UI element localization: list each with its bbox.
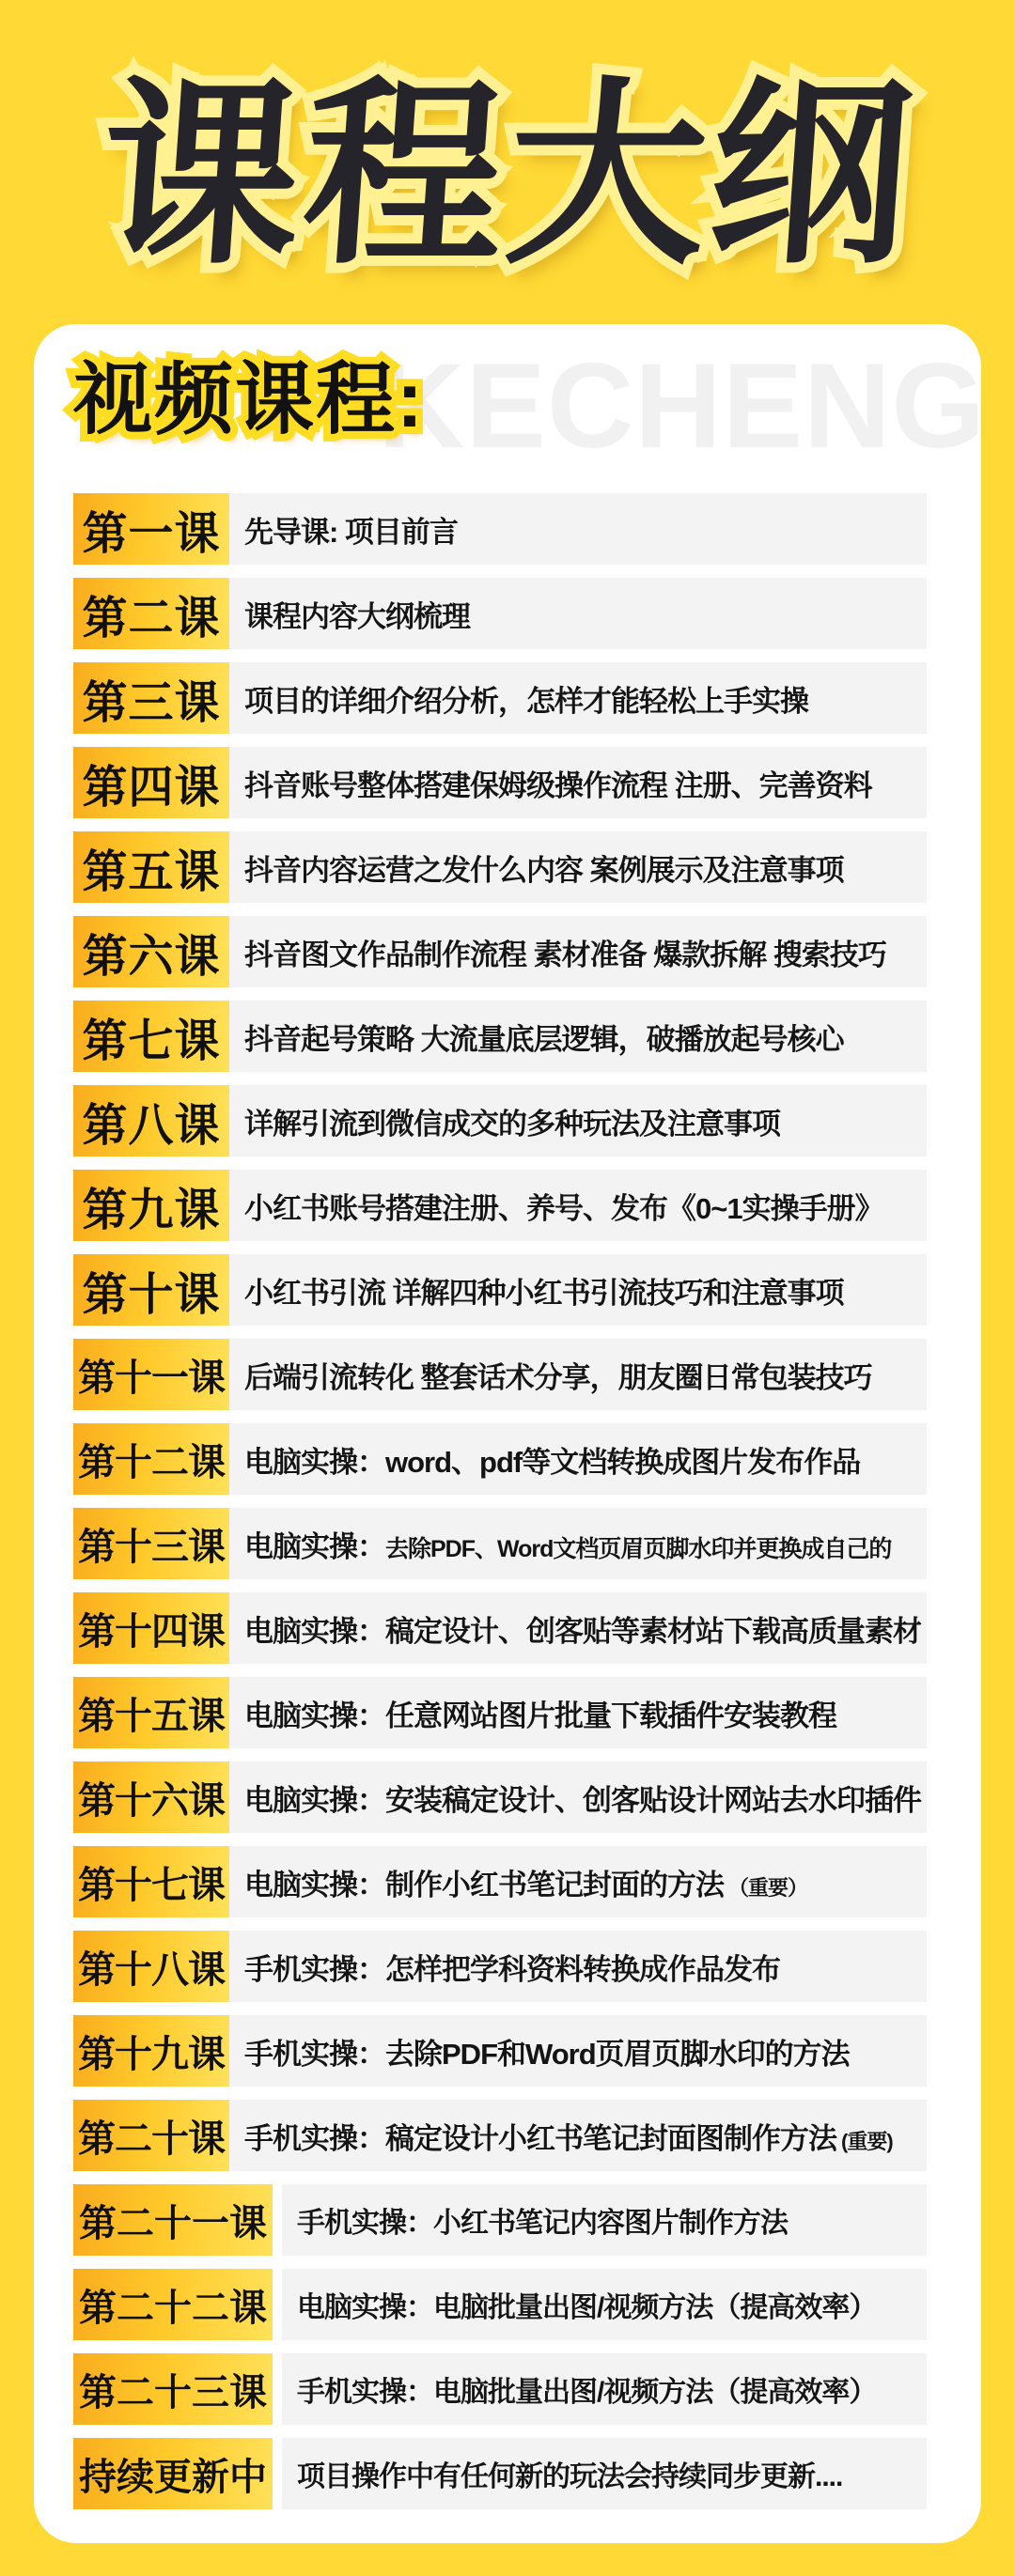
description-line: 抖音账号整体搭建保姆级操作流程 注册、完善资料 — [244, 762, 872, 804]
description-line: 抖音内容运营之发什么内容 案例展示及注意事项 — [244, 846, 844, 889]
description-line: 手机实操：稿定设计小红书笔记封面图制作方法(重要) — [244, 2115, 893, 2157]
description-text: 抖音内容运营之发什么内容 案例展示及注意事项 — [244, 854, 844, 887]
course-description: 课程内容大纲梳理 — [229, 578, 927, 649]
description-line: 先导课: 项目前言 — [244, 508, 458, 551]
course-row: 第十一课后端引流转化 整套话术分享，朋友圈日常包装技巧 — [73, 1339, 927, 1410]
description-line: 项目操作中有任何新的玩法会持续同步更新.... — [297, 2453, 842, 2494]
course-description: 抖音内容运营之发什么内容 案例展示及注意事项 — [229, 831, 927, 903]
course-badge: 第十二课 — [73, 1423, 229, 1495]
description-text: 手机实操：小红书笔记内容图片制作方法 — [297, 2208, 788, 2239]
page-title: 课程大纲 — [0, 71, 1015, 281]
description-text: 电脑实操：电脑批量出图/视频方法（提高效率） — [297, 2292, 876, 2323]
course-row: 第十八课手机实操：怎样把学科资料转换成作品发布 — [73, 1931, 927, 2002]
course-description: 小红书引流 详解四种小红书引流技巧和注意事项 — [229, 1254, 927, 1326]
course-row: 第一课先导课: 项目前言 — [73, 493, 927, 565]
description-text: 电脑实操：任意网站图片批量下载插件安装教程 — [244, 1699, 836, 1732]
description-text: 电脑实操：安装稿定设计、创客贴设计网站去水印插件 — [244, 1784, 921, 1817]
description-line: 小红书引流 详解四种小红书引流技巧和注意事项 — [244, 1269, 844, 1311]
course-description: 项目操作中有任何新的玩法会持续同步更新.... — [282, 2438, 927, 2509]
course-description: 小红书账号搭建注册、养号、发布《0~1实操手册》 — [229, 1170, 927, 1241]
description-text: 后端引流转化 整套话术分享，朋友圈日常包装技巧 — [244, 1361, 872, 1394]
course-description: 电脑实操：任意网站图片批量下载插件安装教程 — [229, 1677, 927, 1748]
section-heading: 视频课程: — [73, 358, 425, 441]
description-text: 项目操作中有任何新的玩法会持续同步更新.... — [297, 2461, 842, 2492]
course-badge: 持续更新中 — [73, 2438, 273, 2509]
description-line: 手机实操：小红书笔记内容图片制作方法 — [297, 2199, 788, 2241]
course-row: 第九课小红书账号搭建注册、养号、发布《0~1实操手册》 — [73, 1170, 927, 1241]
description-text: 抖音账号整体搭建保姆级操作流程 注册、完善资料 — [244, 769, 872, 802]
course-description: 手机实操：稿定设计小红书笔记封面图制作方法(重要) — [229, 2100, 927, 2171]
course-row: 第十七课电脑实操：制作小红书笔记封面的方法（重要） — [73, 1846, 927, 1917]
description-line: 手机实操：去除PDF和Word页眉页脚水印的方法 — [244, 2030, 850, 2072]
course-description: 详解引流到微信成交的多种玩法及注意事项 — [229, 1085, 927, 1156]
course-description: 项目的详细介绍分析，怎样才能轻松上手实操 — [229, 662, 927, 734]
course-badge: 第三课 — [73, 662, 229, 734]
course-description: 抖音起号策略 大流量底层逻辑，破播放起号核心 — [229, 1001, 927, 1072]
description-line: 手机实操：电脑批量出图/视频方法（提高效率） — [297, 2368, 876, 2410]
description-text: (重要) — [836, 2130, 893, 2153]
course-description: 手机实操：小红书笔记内容图片制作方法 — [282, 2184, 927, 2256]
description-line: 电脑实操：制作小红书笔记封面的方法（重要） — [244, 1861, 807, 1903]
description-text: 先导课: 项目前言 — [244, 516, 458, 549]
course-badge: 第二课 — [73, 578, 229, 649]
course-badge: 第五课 — [73, 831, 229, 903]
course-description: 抖音图文作品制作流程 素材准备 爆款拆解 搜索技巧 — [229, 916, 927, 987]
course-badge: 第二十一课 — [73, 2184, 273, 2256]
course-row: 第十六课电脑实操：安装稿定设计、创客贴设计网站去水印插件 — [73, 1761, 927, 1833]
course-badge: 第十九课 — [73, 2015, 229, 2087]
description-line: 手机实操：怎样把学科资料转换成作品发布 — [244, 1946, 780, 1988]
description-text: 抖音起号策略 大流量底层逻辑，破播放起号核心 — [244, 1023, 844, 1056]
course-row: 第十三课电脑实操：去除PDF、Word文档页眉页脚水印并更换成自己的 — [73, 1508, 927, 1579]
course-row: 第三课项目的详细介绍分析，怎样才能轻松上手实操 — [73, 662, 927, 734]
course-outline-poster: 课程大纲 KECHENG 视频课程: 第一课先导课: 项目前言第二课课程内容大纲… — [0, 0, 1015, 209]
description-line: 电脑实操：电脑批量出图/视频方法（提高效率） — [297, 2284, 876, 2325]
course-description: 电脑实操：去除PDF、Word文档页眉页脚水印并更换成自己的 — [229, 1508, 927, 1579]
course-row: 第五课抖音内容运营之发什么内容 案例展示及注意事项 — [73, 831, 927, 903]
course-description: 电脑实操：电脑批量出图/视频方法（提高效率） — [282, 2269, 927, 2340]
description-text: 去除PDF、Word文档页眉页脚水印并更换成自己的 — [385, 1536, 891, 1562]
description-line: 小红书账号搭建注册、养号、发布《0~1实操手册》 — [244, 1185, 883, 1227]
description-text: 项目的详细介绍分析，怎样才能轻松上手实操 — [244, 685, 808, 718]
course-badge: 第二十课 — [73, 2100, 229, 2171]
description-text: 电脑实操： — [244, 1530, 385, 1563]
course-description: 手机实操：怎样把学科资料转换成作品发布 — [229, 1931, 927, 2002]
course-row: 第四课抖音账号整体搭建保姆级操作流程 注册、完善资料 — [73, 747, 927, 818]
course-badge: 第九课 — [73, 1170, 229, 1241]
course-row: 第八课详解引流到微信成交的多种玩法及注意事项 — [73, 1085, 927, 1156]
description-text: 电脑实操：稿定设计、创客贴等素材站下载高质量素材 — [244, 1615, 921, 1648]
description-line: 抖音起号策略 大流量底层逻辑，破播放起号核心 — [244, 1016, 844, 1058]
course-badge: 第一课 — [73, 493, 229, 565]
course-badge: 第八课 — [73, 1085, 229, 1156]
course-row: 第十五课电脑实操：任意网站图片批量下载插件安装教程 — [73, 1677, 927, 1748]
course-row: 第十四课电脑实操：稿定设计、创客贴等素材站下载高质量素材 — [73, 1592, 927, 1664]
course-row: 第二十课手机实操：稿定设计小红书笔记封面图制作方法(重要) — [73, 2100, 927, 2171]
course-row: 持续更新中项目操作中有任何新的玩法会持续同步更新.... — [73, 2438, 927, 2509]
description-text: 详解引流到微信成交的多种玩法及注意事项 — [244, 1108, 780, 1141]
course-description: 手机实操：去除PDF和Word页眉页脚水印的方法 — [229, 2015, 927, 2087]
course-badge: 第十一课 — [73, 1339, 229, 1410]
course-description: 电脑实操：安装稿定设计、创客贴设计网站去水印插件 — [229, 1761, 927, 1833]
description-line: 课程内容大纲梳理 — [244, 593, 470, 635]
course-badge: 第十四课 — [73, 1592, 229, 1664]
course-row: 第二十二课电脑实操：电脑批量出图/视频方法（提高效率） — [73, 2269, 927, 2340]
description-line: 项目的详细介绍分析，怎样才能轻松上手实操 — [244, 677, 808, 720]
description-line: 电脑实操：稿定设计、创客贴等素材站下载高质量素材 — [244, 1607, 921, 1650]
course-badge: 第六课 — [73, 916, 229, 987]
description-line: 抖音图文作品制作流程 素材准备 爆款拆解 搜索技巧 — [244, 931, 886, 973]
course-badge: 第十三课 — [73, 1508, 229, 1579]
description-text: 手机实操：怎样把学科资料转换成作品发布 — [244, 1953, 780, 1986]
course-badge: 第十课 — [73, 1254, 229, 1326]
course-row: 第二十一课手机实操：小红书笔记内容图片制作方法 — [73, 2184, 927, 2256]
content-card: KECHENG 视频课程: 第一课先导课: 项目前言第二课课程内容大纲梳理第三课… — [34, 324, 981, 2543]
watermark-text: KECHENG — [378, 337, 981, 475]
description-line: 电脑实操：任意网站图片批量下载插件安装教程 — [244, 1692, 836, 1734]
description-text: 电脑实操：word、pdf等文档转换成图片发布作品 — [244, 1446, 860, 1479]
course-badge: 第四课 — [73, 747, 229, 818]
course-row: 第十九课手机实操：去除PDF和Word页眉页脚水印的方法 — [73, 2015, 927, 2087]
course-description: 电脑实操：制作小红书笔记封面的方法（重要） — [229, 1846, 927, 1917]
description-text: 手机实操：稿定设计小红书笔记封面图制作方法 — [244, 2122, 836, 2155]
course-row: 第六课抖音图文作品制作流程 素材准备 爆款拆解 搜索技巧 — [73, 916, 927, 987]
description-line: 详解引流到微信成交的多种玩法及注意事项 — [244, 1100, 780, 1142]
course-row: 第七课抖音起号策略 大流量底层逻辑，破播放起号核心 — [73, 1001, 927, 1072]
description-line: 电脑实操：安装稿定设计、创客贴设计网站去水印插件 — [244, 1777, 921, 1819]
description-text: （重要） — [724, 1876, 807, 1900]
course-badge: 第十五课 — [73, 1677, 229, 1748]
course-badge: 第十七课 — [73, 1846, 229, 1917]
description-text: 小红书引流 详解四种小红书引流技巧和注意事项 — [244, 1277, 844, 1310]
description-text: 小红书账号搭建注册、养号、发布《0~1实操手册》 — [244, 1192, 883, 1225]
description-text: 抖音图文作品制作流程 素材准备 爆款拆解 搜索技巧 — [244, 939, 886, 971]
course-description: 手机实操：电脑批量出图/视频方法（提高效率） — [282, 2353, 927, 2425]
description-text: 手机实操：去除PDF和Word页眉页脚水印的方法 — [244, 2038, 850, 2071]
description-line: 电脑实操：word、pdf等文档转换成图片发布作品 — [244, 1438, 860, 1481]
course-description: 先导课: 项目前言 — [229, 493, 927, 565]
description-text: 手机实操：电脑批量出图/视频方法（提高效率） — [297, 2377, 876, 2408]
course-description: 后端引流转化 整套话术分享，朋友圈日常包装技巧 — [229, 1339, 927, 1410]
description-line: 后端引流转化 整套话术分享，朋友圈日常包装技巧 — [244, 1354, 872, 1396]
course-badge: 第二十三课 — [73, 2353, 273, 2425]
course-row: 第二十三课手机实操：电脑批量出图/视频方法（提高效率） — [73, 2353, 927, 2425]
course-row: 第十二课电脑实操：word、pdf等文档转换成图片发布作品 — [73, 1423, 927, 1495]
description-text: 电脑实操：制作小红书笔记封面的方法 — [244, 1869, 724, 1901]
course-row: 第二课课程内容大纲梳理 — [73, 578, 927, 649]
course-row: 第十课小红书引流 详解四种小红书引流技巧和注意事项 — [73, 1254, 927, 1326]
description-text: 课程内容大纲梳理 — [244, 600, 470, 633]
course-description: 电脑实操：稿定设计、创客贴等素材站下载高质量素材 — [229, 1592, 927, 1664]
course-badge: 第十六课 — [73, 1761, 229, 1833]
course-description: 抖音账号整体搭建保姆级操作流程 注册、完善资料 — [229, 747, 927, 818]
description-line: 电脑实操：去除PDF、Word文档页眉页脚水印并更换成自己的 — [244, 1523, 891, 1565]
course-list: 第一课先导课: 项目前言第二课课程内容大纲梳理第三课项目的详细介绍分析，怎样才能… — [73, 493, 927, 2522]
course-badge: 第二十二课 — [73, 2269, 273, 2340]
course-description: 电脑实操：word、pdf等文档转换成图片发布作品 — [229, 1423, 927, 1495]
section-header: KECHENG 视频课程: — [34, 324, 981, 493]
course-badge: 第七课 — [73, 1001, 229, 1072]
course-badge: 第十八课 — [73, 1931, 229, 2002]
